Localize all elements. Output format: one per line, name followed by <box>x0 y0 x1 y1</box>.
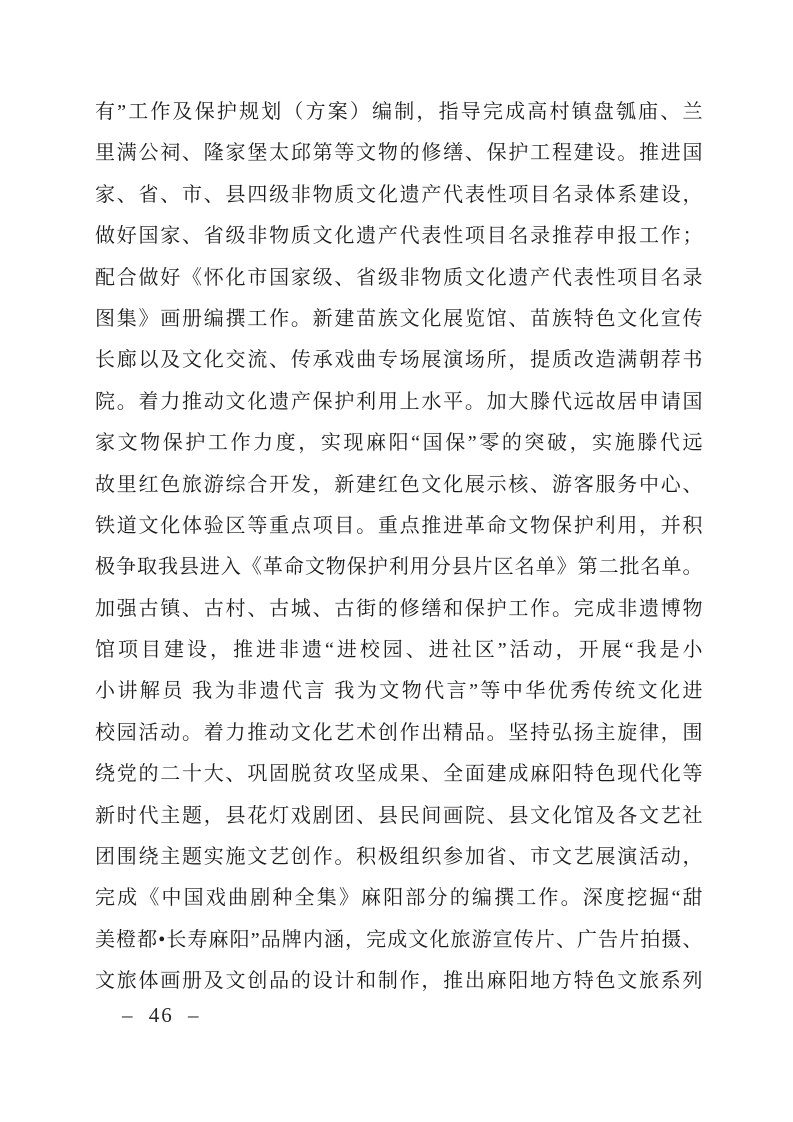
text-line: 加强古镇、古村、古城、古街的修缮和保护工作。完成非遗博物 <box>95 589 703 630</box>
text-line: 里满公祠、隆家堡太邱第等文物的修缮、保护工程建设。推进国 <box>95 133 703 174</box>
text-line: 配合做好《怀化市国家级、省级非物质文化遗产代表性项目名录 <box>95 258 703 299</box>
text-line: 家文物保护工作力度，实现麻阳“国保”零的突破，实施滕代远 <box>95 423 703 464</box>
text-line: 铁道文化体验区等重点项目。重点推进革命文物保护利用，并积 <box>95 506 703 547</box>
text-line: 文旅体画册及文创品的设计和制作，推出麻阳地方特色文旅系列 <box>95 961 703 1002</box>
text-line: 完成《中国戏曲剧种全集》麻阳部分的编撰工作。深度挖掘“甜 <box>95 878 703 919</box>
text-line: 馆项目建设，推进非遗“进校园、进社区”活动，开展“我是小 <box>95 630 703 671</box>
text-line: 有”工作及保护规划（方案）编制，指导完成高村镇盘瓠庙、兰 <box>95 92 703 133</box>
text-line: 家、省、市、县四级非物质文化遗产代表性项目名录体系建设， <box>95 175 703 216</box>
body-text: 有”工作及保护规划（方案）编制，指导完成高村镇盘瓠庙、兰 里满公祠、隆家堡太邱第… <box>95 92 703 1003</box>
text-line: 小讲解员 我为非遗代言 我为文物代言”等中华优秀传统文化进 <box>95 671 703 712</box>
text-line: 美橙都•长寿麻阳”品牌内涵，完成文化旅游宣传片、广告片拍摄、 <box>95 920 703 961</box>
text-line: 新时代主题，县花灯戏剧团、县民间画院、县文化馆及各文艺社 <box>95 796 703 837</box>
text-line: 做好国家、省级非物质文化遗产代表性项目名录推荐申报工作； <box>95 216 703 257</box>
text-line: 故里红色旅游综合开发，新建红色文化展示核、游客服务中心、 <box>95 465 703 506</box>
text-line: 院。着力推动文化遗产保护利用上水平。加大滕代远故居申请国 <box>95 382 703 423</box>
text-line: 绕党的二十大、巩固脱贫攻坚成果、全面建成麻阳特色现代化等 <box>95 754 703 795</box>
text-line: 团围绕主题实施文艺创作。积极组织参加省、市文艺展演活动， <box>95 837 703 878</box>
text-line: 长廊以及文化交流、传承戏曲专场展演场所，提质改造满朝荐书 <box>95 340 703 381</box>
text-line: 极争取我县进入《革命文物保护利用分县片区名单》第二批名单。 <box>95 547 703 588</box>
text-line: 图集》画册编撰工作。新建苗族文化展览馆、苗族特色文化宣传 <box>95 299 703 340</box>
text-line: 校园活动。着力推动文化艺术创作出精品。坚持弘扬主旋律，围 <box>95 713 703 754</box>
page-number: – 46 – <box>122 1001 201 1029</box>
document-page: 有”工作及保护规划（方案）编制，指导完成高村镇盘瓠庙、兰 里满公祠、隆家堡太邱第… <box>0 0 793 1122</box>
